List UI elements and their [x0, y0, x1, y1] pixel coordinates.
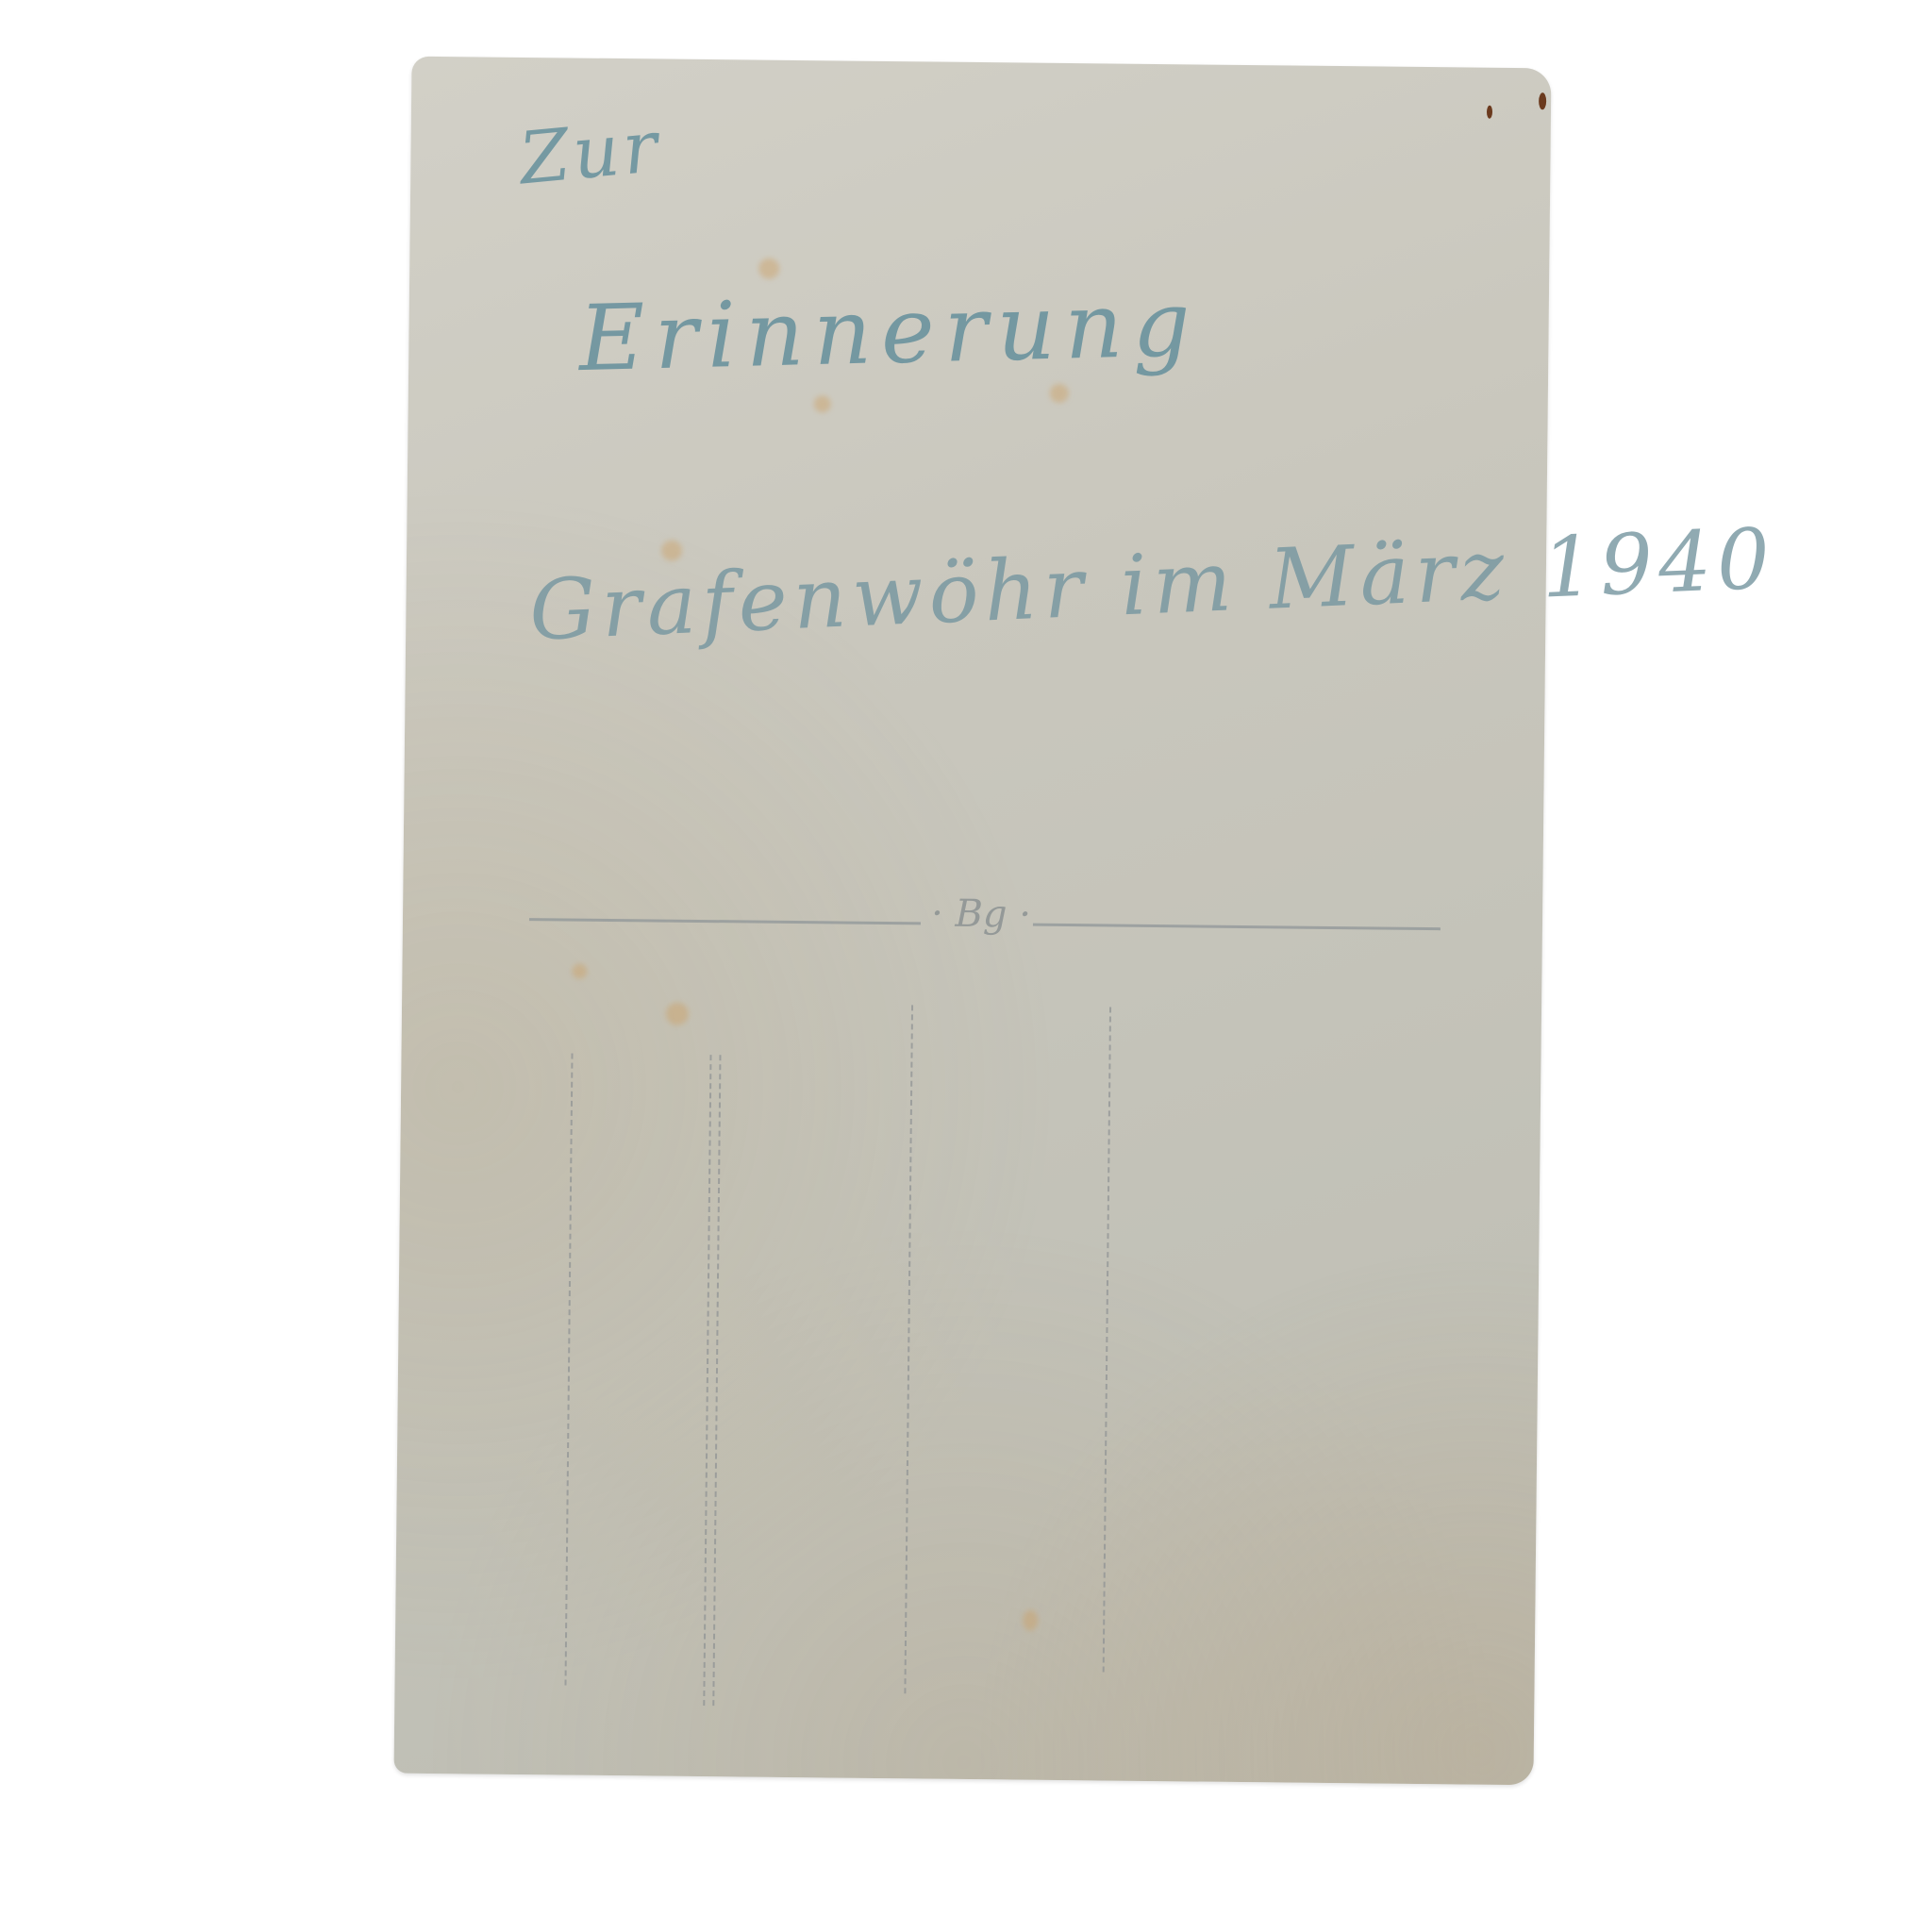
- address-column-line: [1103, 1008, 1111, 1673]
- foxing-stain: [758, 258, 779, 279]
- divider-right: [1033, 924, 1441, 931]
- ink-speck: [1539, 92, 1546, 109]
- divider-left: [529, 918, 921, 924]
- address-column-line: [904, 1005, 913, 1693]
- foxing-stain: [572, 964, 587, 979]
- divider-emblem: · Bg ·: [931, 892, 1031, 937]
- ink-speck: [1487, 106, 1492, 119]
- foxing-stain: [1050, 384, 1069, 403]
- foxing-stain: [666, 1003, 689, 1025]
- address-column-line: [564, 1054, 573, 1686]
- foxing-stain: [814, 395, 831, 412]
- foxing-stain: [1023, 1610, 1038, 1631]
- postcard-back: Zur Erinnerung Grafenwöhr im März 1940 ·…: [394, 57, 1552, 1786]
- address-column-line: [712, 1055, 721, 1706]
- handwriting-line-3: Grafenwöhr im März 1940: [527, 509, 1777, 658]
- handwriting-line-1: Zur: [516, 104, 665, 201]
- address-column-line: [703, 1055, 711, 1706]
- handwriting-line-2: Erinnerung: [577, 271, 1201, 391]
